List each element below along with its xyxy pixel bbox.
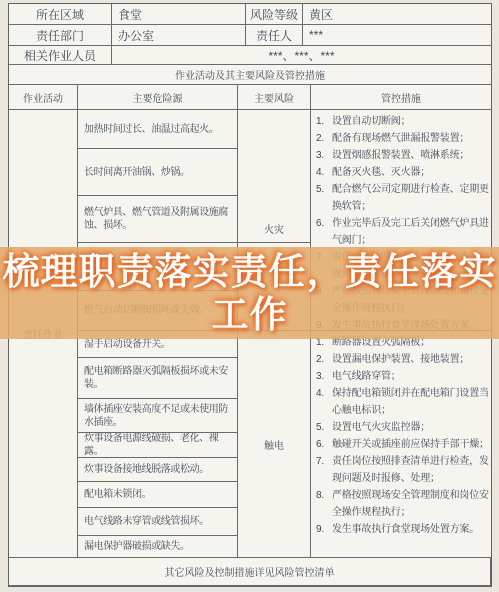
footer-note: 其它风险及控制措施详见风险管控清单 bbox=[9, 558, 491, 586]
measure-item: 6.作业完毕后及完工后关闭燃气炉具进气阀门； bbox=[316, 215, 489, 249]
measure-item: 7.责任岗位按照排查清单进行检查，发现问题及时报修、处理； bbox=[316, 453, 489, 487]
hazard-row: 配电箱断路器灭弧隔板损坏或未安装。 bbox=[78, 358, 238, 399]
measure-item: 3.电气线路穿管； bbox=[316, 368, 489, 385]
measure-item: 1.设置自动切断阀； bbox=[316, 113, 489, 130]
hazard-row: 炊事设备电源线破损、老化、裸露。 bbox=[78, 433, 238, 458]
electric-measures-cell: 1.断路器设置灭弧隔板； 2.设置漏电保护装置、接地装置； 3.电气线路穿管； … bbox=[311, 331, 491, 558]
measure-item: 3.设置烟感报警装置、喷淋系统； bbox=[316, 147, 489, 164]
hazard-row: 炊事设备接地线脱落或松动。 bbox=[78, 458, 238, 482]
info-section: 所在区域 食堂 风险等级 黄区 责任部门 办公室 责任人 *** 相关作业人员 … bbox=[9, 4, 491, 65]
hazard-row: 墙体插座安装高度不足或未使用防水插座。 bbox=[78, 399, 238, 433]
responsible-dept-label: 责任部门 bbox=[9, 25, 112, 46]
responsible-dept-value: 办公室 bbox=[112, 25, 246, 46]
col-header-activity: 作业活动 bbox=[9, 85, 78, 110]
region-value: 食堂 bbox=[112, 4, 246, 25]
responsible-person-value: *** bbox=[303, 25, 491, 46]
measure-item: 5.设置电气火灾监控器； bbox=[316, 419, 489, 436]
measure-item: 4.保持配电箱锁闭并在配电箱门设置当心触电标识； bbox=[316, 385, 489, 419]
hazard-row: 配电箱未锁闭。 bbox=[78, 482, 238, 508]
risk-electric-cell: 触电 bbox=[238, 331, 311, 558]
watermark-overlay: 梳理职责落实责任，责任落实 工作 bbox=[0, 247, 499, 339]
related-workers-value: ***、***、*** bbox=[112, 46, 491, 65]
hazard-row: 漏电保护器破损或缺失。 bbox=[78, 536, 238, 558]
risk-level-value: 黄区 bbox=[303, 4, 491, 25]
hazard-row: 长时间离开油锅、炒锅。 bbox=[78, 149, 238, 196]
region-label: 所在区域 bbox=[9, 4, 112, 25]
col-header-risk: 主要风险 bbox=[238, 85, 311, 110]
hazard-row: 电气线路未穿管或线管损坏。 bbox=[78, 508, 238, 536]
related-workers-label: 相关作业人员 bbox=[9, 46, 112, 65]
measure-item: 4.配备灭火毯、灭火器； bbox=[316, 164, 489, 181]
col-header-hazard: 主要危险源 bbox=[78, 85, 238, 110]
risk-level-label: 风险等级 bbox=[246, 4, 303, 25]
measure-item: 5.配合燃气公司定期进行检查、定期更换软管； bbox=[316, 181, 489, 215]
watermark-title-line1: 梳理职责落实责任，责任落实 bbox=[3, 250, 497, 293]
measure-item: 8.严格按照现场安全管理制度和岗位安全操作规程执行； bbox=[316, 487, 489, 521]
risk-fire-cell: 火灾 bbox=[238, 110, 311, 243]
watermark-title-line2: 工作 bbox=[212, 293, 288, 336]
responsible-person-label: 责任人 bbox=[246, 25, 303, 46]
col-header-measures: 管控措施 bbox=[311, 85, 491, 110]
measure-item: 2.配备有现场燃气泄漏报警装置； bbox=[316, 130, 489, 147]
hazard-row: 燃气炉具、燃气管道及附属设施腐蚀、损坏。 bbox=[78, 196, 238, 243]
section-title: 作业活动及其主要风险及管控措施 bbox=[9, 65, 491, 85]
measure-item: 6.触碰开关或插座前应保持手部干燥； bbox=[316, 436, 489, 453]
measure-item: 2.设置漏电保护装置、接地装置； bbox=[316, 351, 489, 368]
hazard-row: 加热时间过长、油温过高起火。 bbox=[78, 110, 238, 149]
measure-item: 9.发生事故执行食堂现场处置方案。 bbox=[316, 521, 489, 538]
